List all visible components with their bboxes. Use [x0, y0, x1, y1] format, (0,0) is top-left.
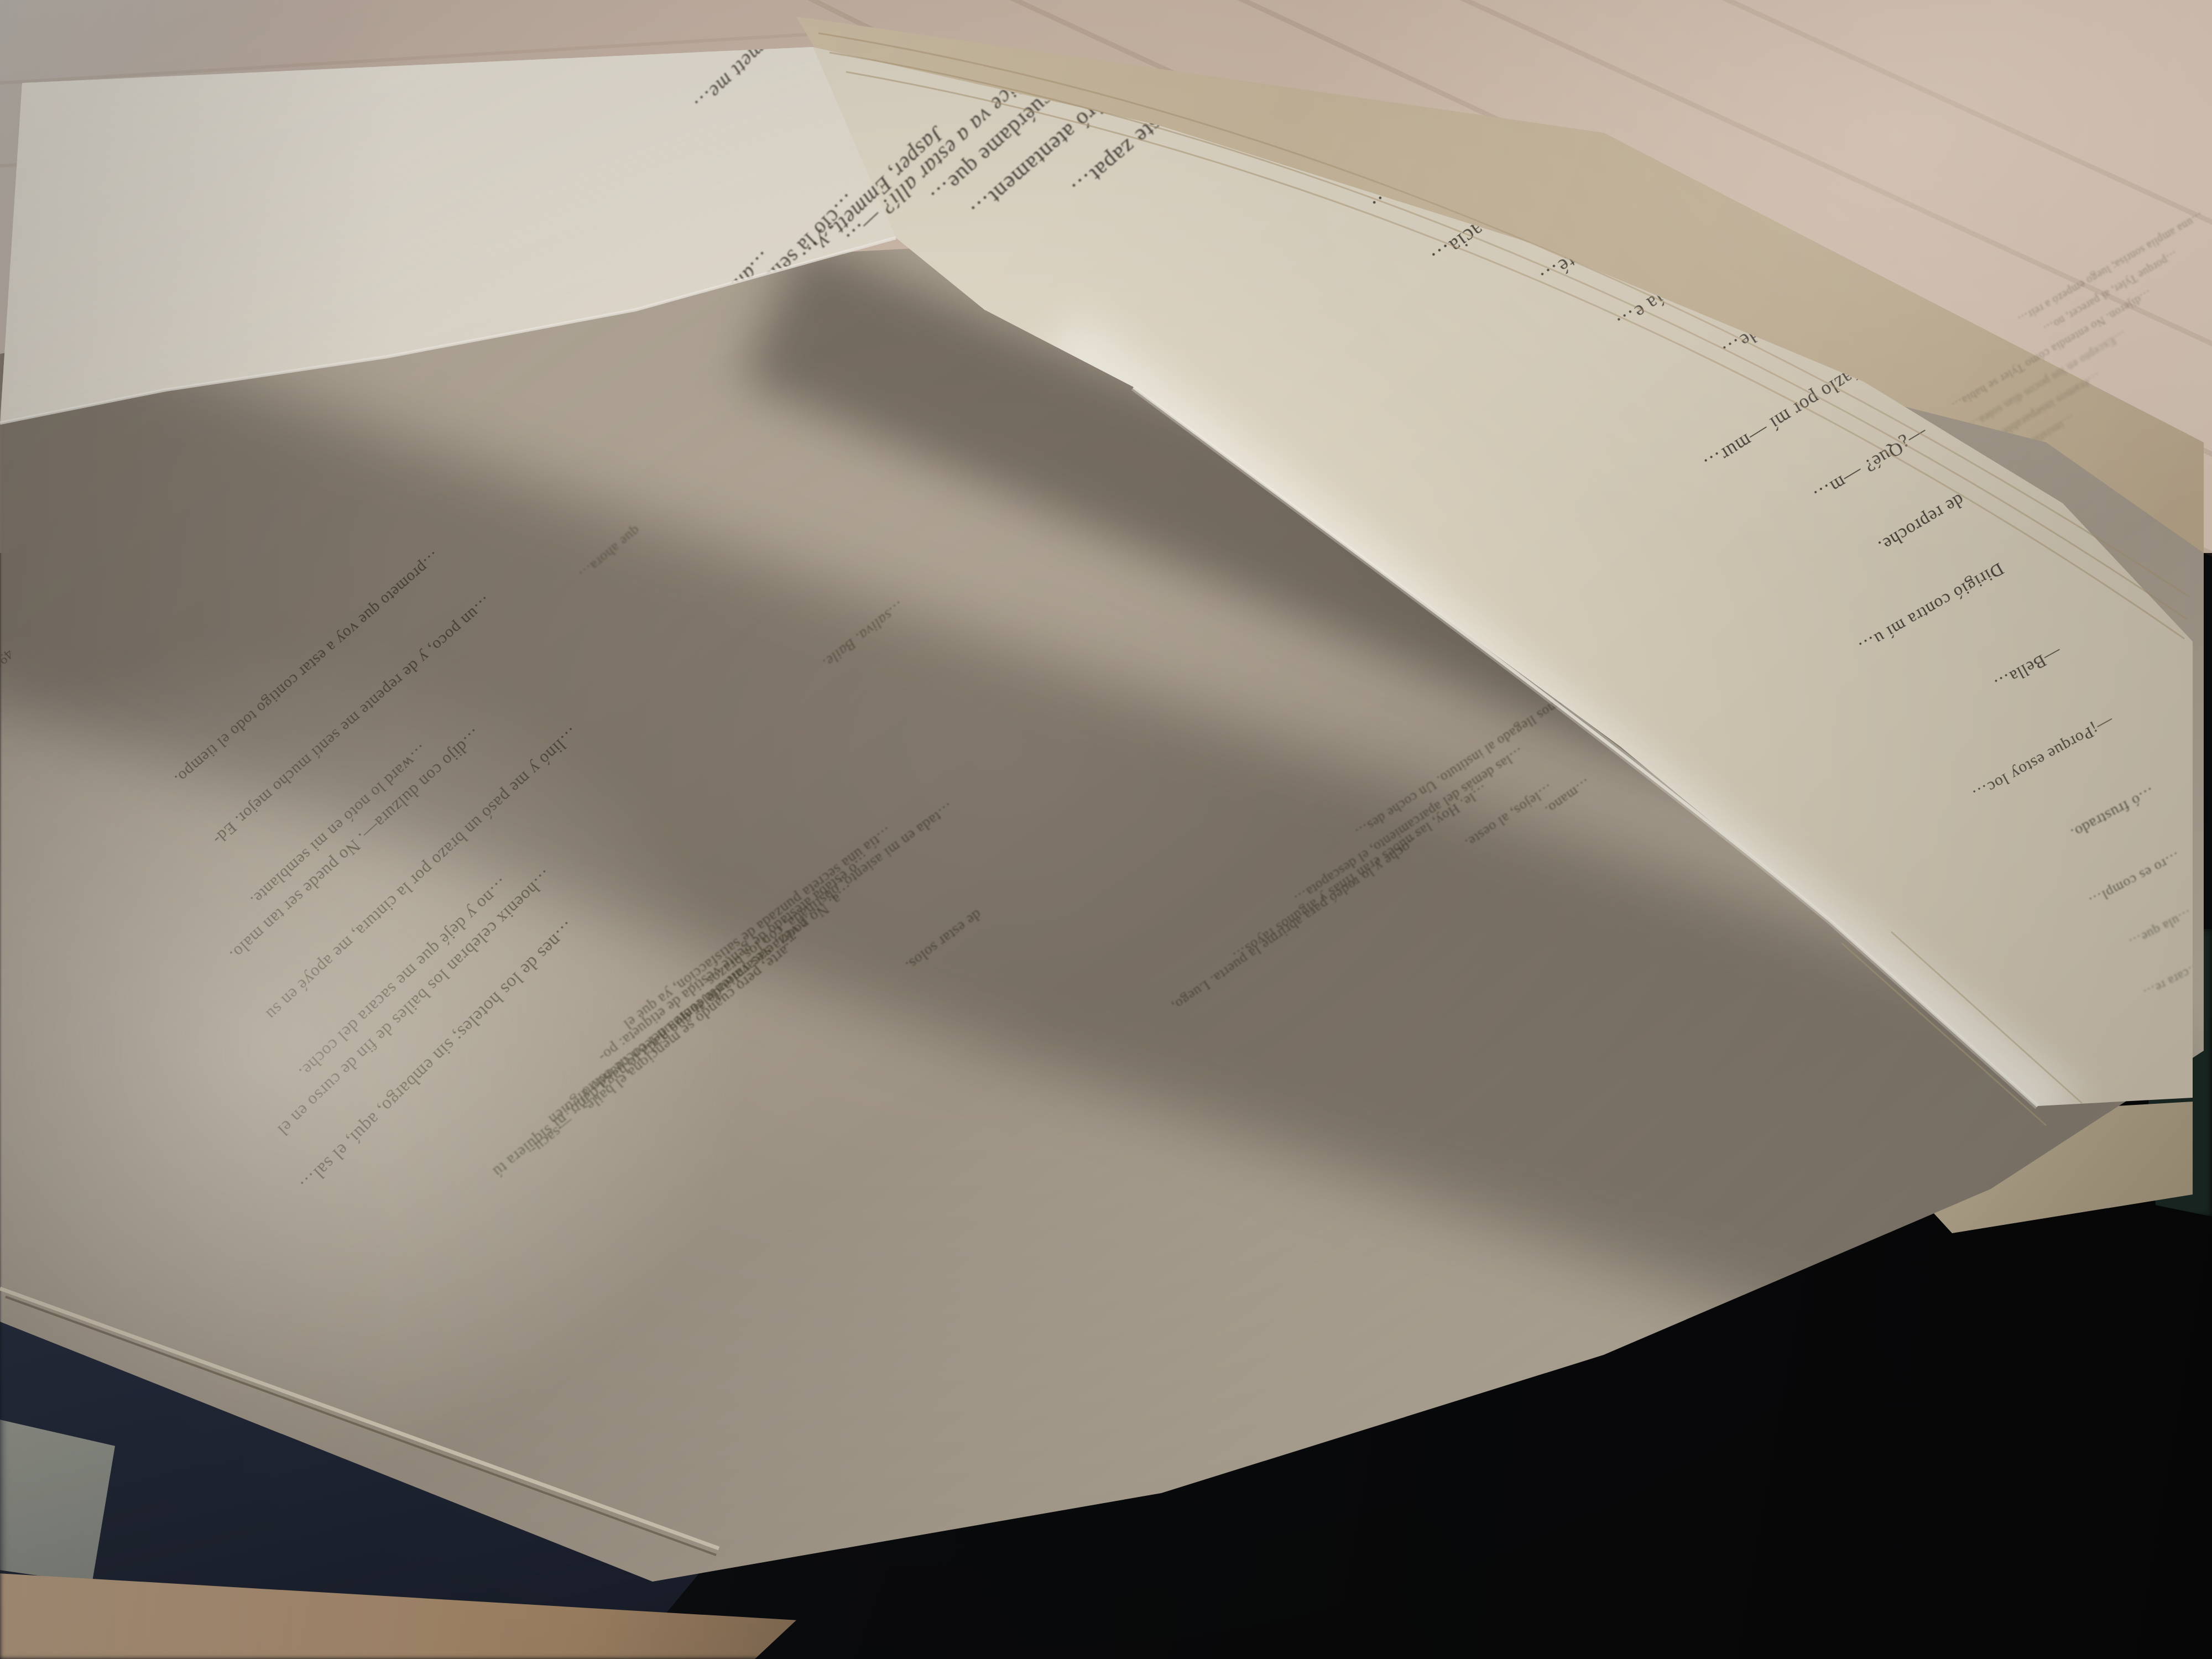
- book-photo: …una amplia sonrisa; luego empezó a reír…: [0, 0, 2212, 1659]
- page-edge-highlights: [0, 0, 2212, 1659]
